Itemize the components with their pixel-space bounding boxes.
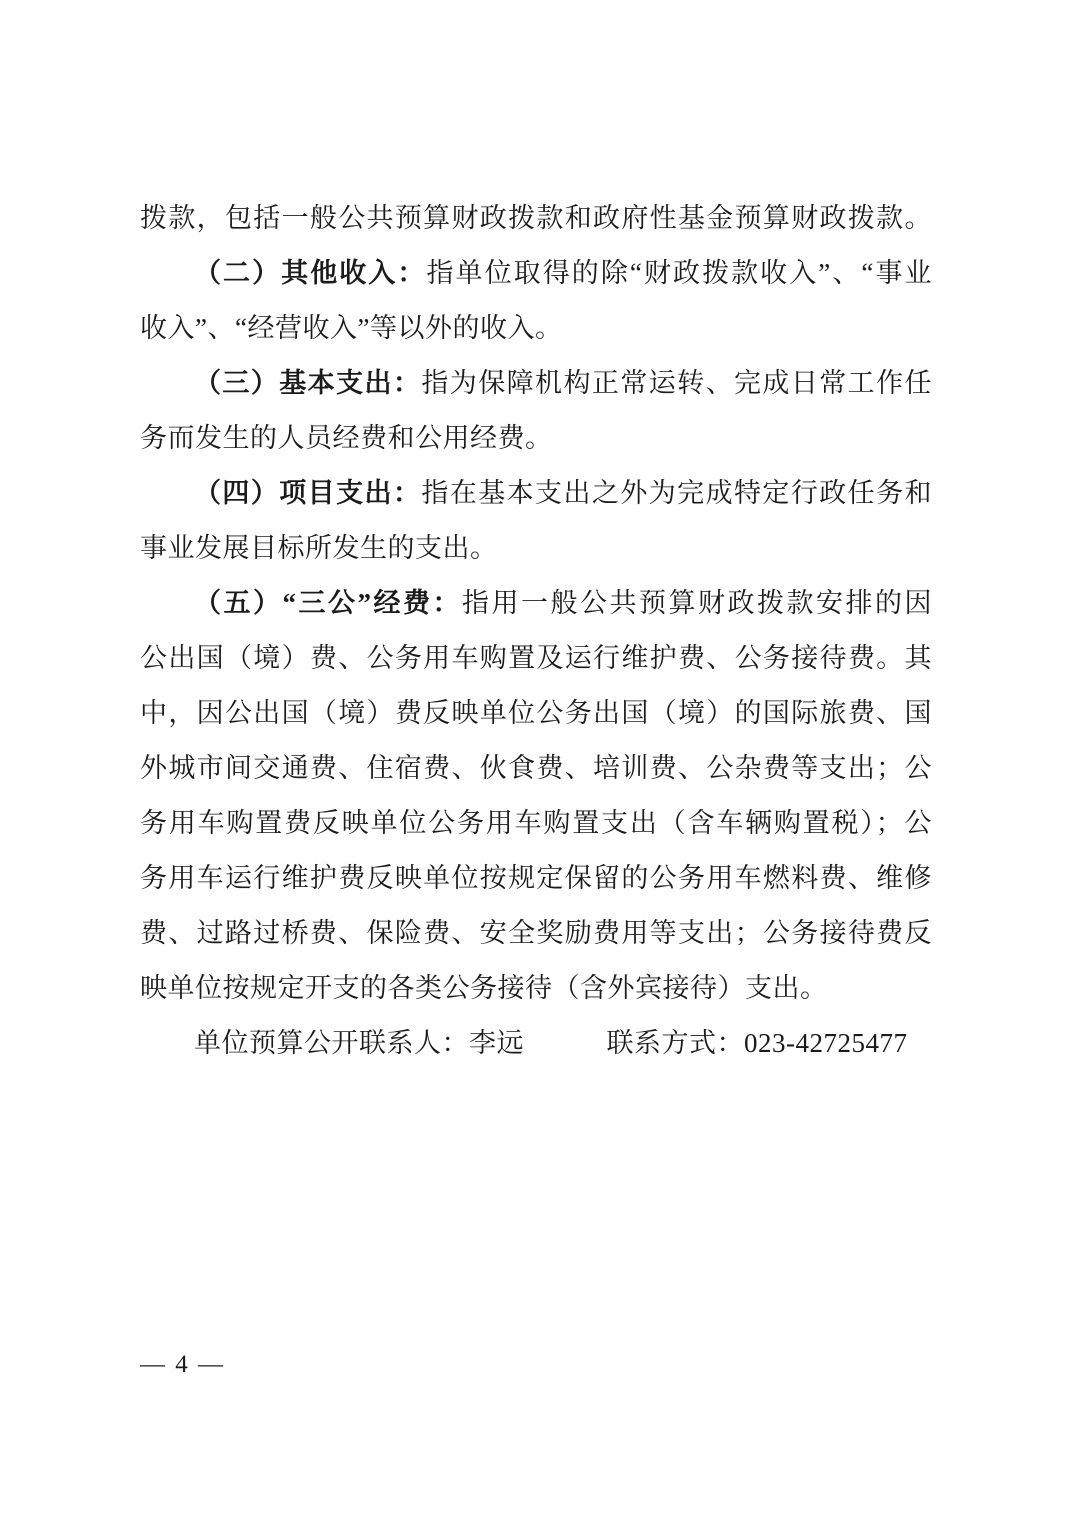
- line-text: 指单位取得的除“财政拨款收入”、“事业: [426, 258, 932, 288]
- term-label: （三）基本支出：: [194, 368, 421, 398]
- text-line: （四）项目支出：指在基本支出之外为完成特定行政任务和: [140, 466, 932, 521]
- document-page: 拨款，包括一般公共预算财政拨款和政府性基金预算财政拨款。（二）其他收入：指单位取…: [0, 0, 1074, 1520]
- line-text: 事业发展目标所发生的支出。: [140, 533, 498, 563]
- text-line: 公出国（境）费、公务用车购置及运行维护费、公务接待费。其: [140, 631, 932, 686]
- term-label: （五）“三公”经费：: [194, 588, 462, 618]
- text-line: 收入”、“经营收入”等以外的收入。: [140, 301, 932, 356]
- line-text: 务用车运行维护费反映单位按规定保留的公务用车燃料费、维修: [140, 863, 932, 893]
- text-line: 外城市间交通费、住宿费、伙食费、培训费、公杂费等支出；公: [140, 741, 932, 796]
- text-line: 务用车购置费反映单位公务用车购置支出（含车辆购置税）；公: [140, 796, 932, 851]
- term-label: （二）其他收入：: [194, 258, 426, 288]
- line-text: 中，因公出国（境）费反映单位公务出国（境）的国际旅费、国: [140, 698, 932, 728]
- text-line: （三）基本支出：指为保障机构正常运转、完成日常工作任: [140, 356, 932, 411]
- text-line: 单位预算公开联系人：李远 联系方式：023-42725477: [140, 1016, 932, 1071]
- line-text: 指为保障机构正常运转、完成日常工作任: [421, 368, 932, 398]
- line-text: 公出国（境）费、公务用车购置及运行维护费、公务接待费。其: [140, 643, 932, 673]
- line-text: 映单位按规定开支的各类公务接待（含外宾接待）支出。: [140, 973, 828, 1003]
- document-body: 拨款，包括一般公共预算财政拨款和政府性基金预算财政拨款。（二）其他收入：指单位取…: [140, 191, 932, 1071]
- line-text: 费、过路过桥费、保险费、安全奖励费用等支出；公务接待费反: [140, 918, 932, 948]
- line-text: 收入”、“经营收入”等以外的收入。: [140, 313, 562, 343]
- text-line: 映单位按规定开支的各类公务接待（含外宾接待）支出。: [140, 961, 932, 1016]
- line-text: 外城市间交通费、住宿费、伙食费、培训费、公杂费等支出；公: [140, 753, 932, 783]
- text-line: 务而发生的人员经费和公用经费。: [140, 411, 932, 466]
- page-number: — 4 —: [140, 1350, 225, 1380]
- text-line: （二）其他收入：指单位取得的除“财政拨款收入”、“事业: [140, 246, 932, 301]
- text-line: 事业发展目标所发生的支出。: [140, 521, 932, 576]
- line-text: 务用车购置费反映单位公务用车购置支出（含车辆购置税）；公: [140, 808, 932, 838]
- text-line: 拨款，包括一般公共预算财政拨款和政府性基金预算财政拨款。: [140, 191, 932, 246]
- term-label: （四）项目支出：: [194, 478, 421, 508]
- text-line: 中，因公出国（境）费反映单位公务出国（境）的国际旅费、国: [140, 686, 932, 741]
- text-line: 务用车运行维护费反映单位按规定保留的公务用车燃料费、维修: [140, 851, 932, 906]
- text-line: 费、过路过桥费、保险费、安全奖励费用等支出；公务接待费反: [140, 906, 932, 961]
- line-text: 指在基本支出之外为完成特定行政任务和: [421, 478, 932, 508]
- line-text: 单位预算公开联系人：李远 联系方式：023-42725477: [194, 1028, 908, 1058]
- line-text: 务而发生的人员经费和公用经费。: [140, 423, 553, 453]
- line-text: 拨款，包括一般公共预算财政拨款和政府性基金预算财政拨款。: [140, 203, 932, 233]
- text-line: （五）“三公”经费：指用一般公共预算财政拨款安排的因: [140, 576, 932, 631]
- line-text: 指用一般公共预算财政拨款安排的因: [462, 588, 932, 618]
